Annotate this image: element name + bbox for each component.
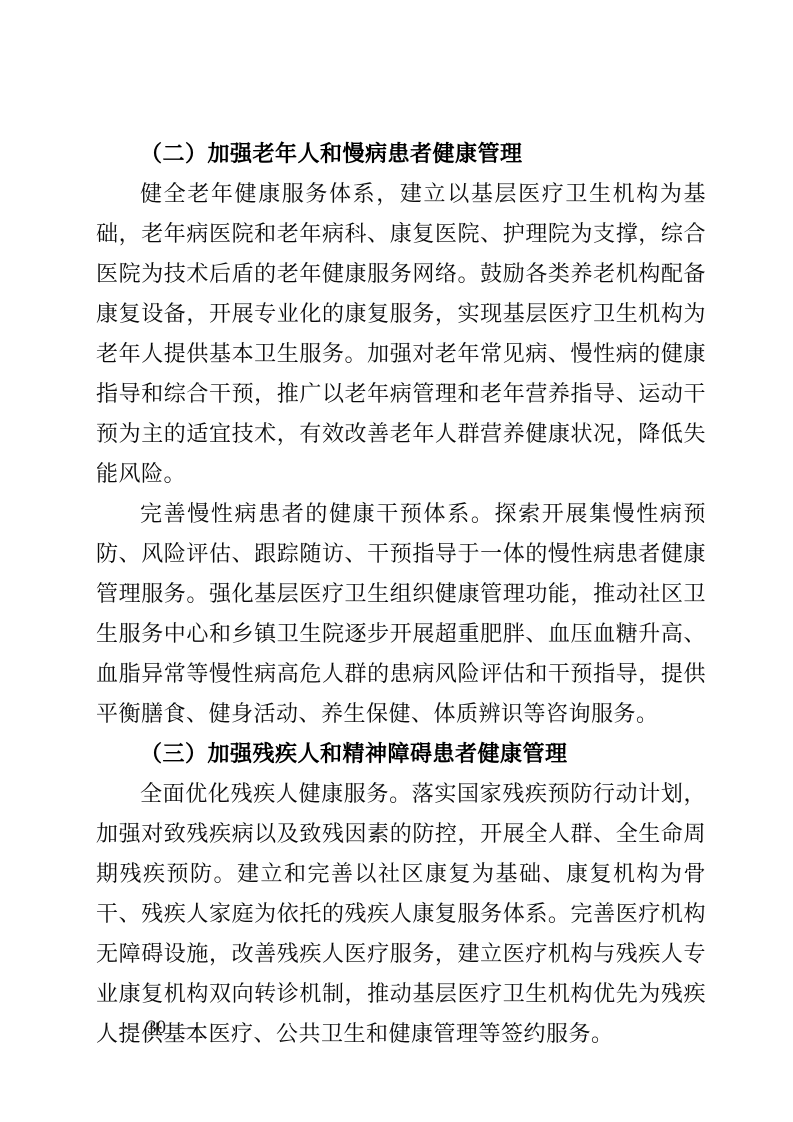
paragraph-chronic-disease-intervention: 完善慢性病患者的健康干预体系。探索开展集慢性病预防、风险评估、跟踪随访、干预指导…	[96, 494, 706, 734]
document-body: （二）加强老年人和慢病患者健康管理 健全老年健康服务体系，建立以基层医疗卫生机构…	[96, 134, 706, 1054]
document-page: （二）加强老年人和慢病患者健康管理 健全老年健康服务体系，建立以基层医疗卫生机构…	[0, 0, 793, 1122]
section-heading-3: （三）加强残疾人和精神障碍患者健康管理	[96, 734, 706, 774]
footer-dash-left: —	[110, 1017, 147, 1038]
footer-dash-right: —	[166, 1017, 203, 1038]
paragraph-elderly-health-system: 健全老年健康服务体系，建立以基层医疗卫生机构为基础，老年病医院和老年病科、康复医…	[96, 174, 706, 494]
paragraph-disabled-health-services: 全面优化残疾人健康服务。落实国家残疾预防行动计划，加强对致残疾病以及致残因素的防…	[96, 774, 706, 1054]
page-number-footer: —30—	[110, 1015, 203, 1041]
page-number: 30	[147, 1017, 166, 1038]
section-heading-2: （二）加强老年人和慢病患者健康管理	[96, 134, 706, 174]
